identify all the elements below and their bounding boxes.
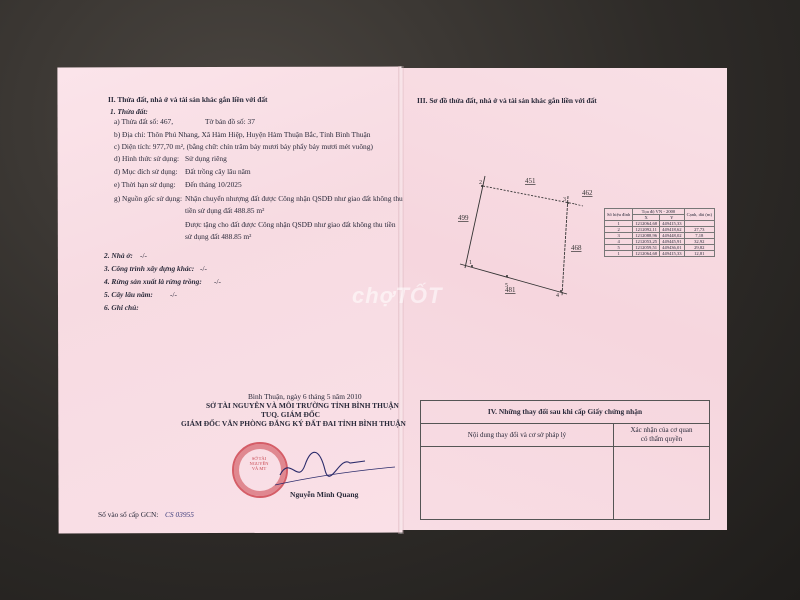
usage-form-label: d) Hình thức sử dụng: (114, 154, 179, 163)
svg-text:499: 499 (458, 214, 469, 222)
usage-purpose-value: Đất trồng cây lâu năm (185, 167, 251, 176)
other-item-label: 5. Cây lâu năm: (104, 290, 153, 299)
parcel-area: c) Diện tích: 977,70 m², (bằng chữ: chín… (114, 142, 373, 151)
signer-name: Nguyễn Minh Quang (290, 490, 358, 499)
changes-content-header: Nội dung thay đổi và cơ sở pháp lý (421, 424, 613, 447)
other-item-value: -/- (200, 264, 207, 273)
changes-table: IV. Những thay đổi sau khi cấp Giấy chứn… (420, 400, 710, 520)
table-row: 11212064,68449415,3312,81 (605, 251, 715, 257)
registry-number: CS 03955 (165, 510, 194, 519)
usage-purpose-label: đ) Mục đích sử dụng: (114, 167, 178, 176)
usage-term-value: Đến tháng 10/2025 (185, 180, 242, 189)
section-iii-title: III. Sơ đồ thửa đất, nhà ở và tài sản kh… (417, 96, 597, 105)
usage-origin-line3: Được tặng cho đất được Công nhận QSDĐ nh… (185, 220, 396, 229)
sign-title: GIÁM ĐỐC VĂN PHÒNG ĐĂNG KÝ ĐẤT ĐAI TỈNH … (181, 419, 406, 428)
changes-confirm-column: Xác nhận của cơ quan có thẩm quyền (614, 424, 709, 519)
other-item-label: 2. Nhà ở: (104, 251, 133, 260)
usage-origin-line4: sử dụng đất 488.85 m² (185, 232, 251, 241)
usage-form-value: Sử dụng riêng (185, 154, 227, 163)
usage-term-label: e) Thời hạn sử dụng: (114, 180, 176, 189)
svg-text:451: 451 (525, 177, 536, 185)
other-item-value: -/- (214, 277, 221, 286)
sign-organization: SỞ TÀI NGUYÊN VÀ MÔI TRƯỜNG TỈNH BÌNH TH… (206, 401, 399, 410)
svg-text:462: 462 (582, 189, 593, 197)
col-length: Cạnh, dài (m) (684, 209, 714, 221)
other-item-label: 6. Ghi chú: (104, 303, 139, 312)
svg-text:2: 2 (479, 180, 482, 186)
svg-text:3: 3 (563, 197, 566, 203)
section-ii-title: II. Thửa đất, nhà ở và tài sản khác gắn … (108, 95, 268, 104)
svg-text:481: 481 (505, 286, 516, 294)
parcel-number: a) Thửa đất số: 467, (114, 117, 173, 126)
other-item-value: -/- (170, 290, 177, 299)
parcel-address: b) Địa chỉ: Thôn Phú Nhang, Xã Hàm Hiệp,… (114, 130, 370, 139)
svg-text:1: 1 (469, 260, 472, 266)
registry-label: Số vào sổ cấp GCN: (98, 510, 158, 519)
sign-tuq: TUQ. GIÁM ĐỐC (261, 410, 320, 419)
changes-content-column: Nội dung thay đổi và cơ sở pháp lý (421, 424, 614, 519)
other-item-label: 4. Rừng sản xuất là rừng trồng: (104, 277, 202, 286)
stamp-text: SỞ TÀI NGUYÊN VÀ MT (248, 456, 270, 471)
changes-title: IV. Những thay đổi sau khi cấp Giấy chứn… (421, 401, 709, 424)
col-point: Số hiệu đỉnh (605, 209, 633, 221)
usage-origin-line1: Nhận chuyển nhượng đất được Công nhận QS… (185, 194, 403, 203)
other-item-label: 3. Công trình xây dựng khác: (104, 264, 194, 273)
signature-scribble (270, 445, 400, 490)
other-item-value: -/- (140, 251, 147, 260)
svg-text:468: 468 (571, 244, 582, 252)
map-sheet-number: Tờ bản đồ số: 37 (205, 117, 255, 126)
sign-date: Bình Thuận, ngày 6 tháng 5 năm 2010 (248, 392, 362, 401)
subsection-parcel: 1. Thửa đất: (110, 107, 148, 116)
coordinate-table: Số hiệu đỉnh Tọa độ VN - 2000 Cạnh, dài … (604, 208, 715, 257)
confirm-header-line2: có thẩm quyền (614, 435, 709, 444)
parcel-diagram: 2 3 1 5 4 451 462 499 468 481 (455, 168, 605, 298)
usage-origin-line2: tiền sử dụng đất 488.85 m² (185, 206, 264, 215)
changes-confirm-header: Xác nhận của cơ quan có thẩm quyền (614, 424, 709, 447)
usage-origin-label: g) Nguồn gốc sử dụng: (114, 194, 182, 203)
chotot-watermark: chợTỐT (352, 283, 442, 309)
confirm-header-line1: Xác nhận của cơ quan (614, 426, 709, 435)
svg-text:4: 4 (556, 293, 559, 298)
